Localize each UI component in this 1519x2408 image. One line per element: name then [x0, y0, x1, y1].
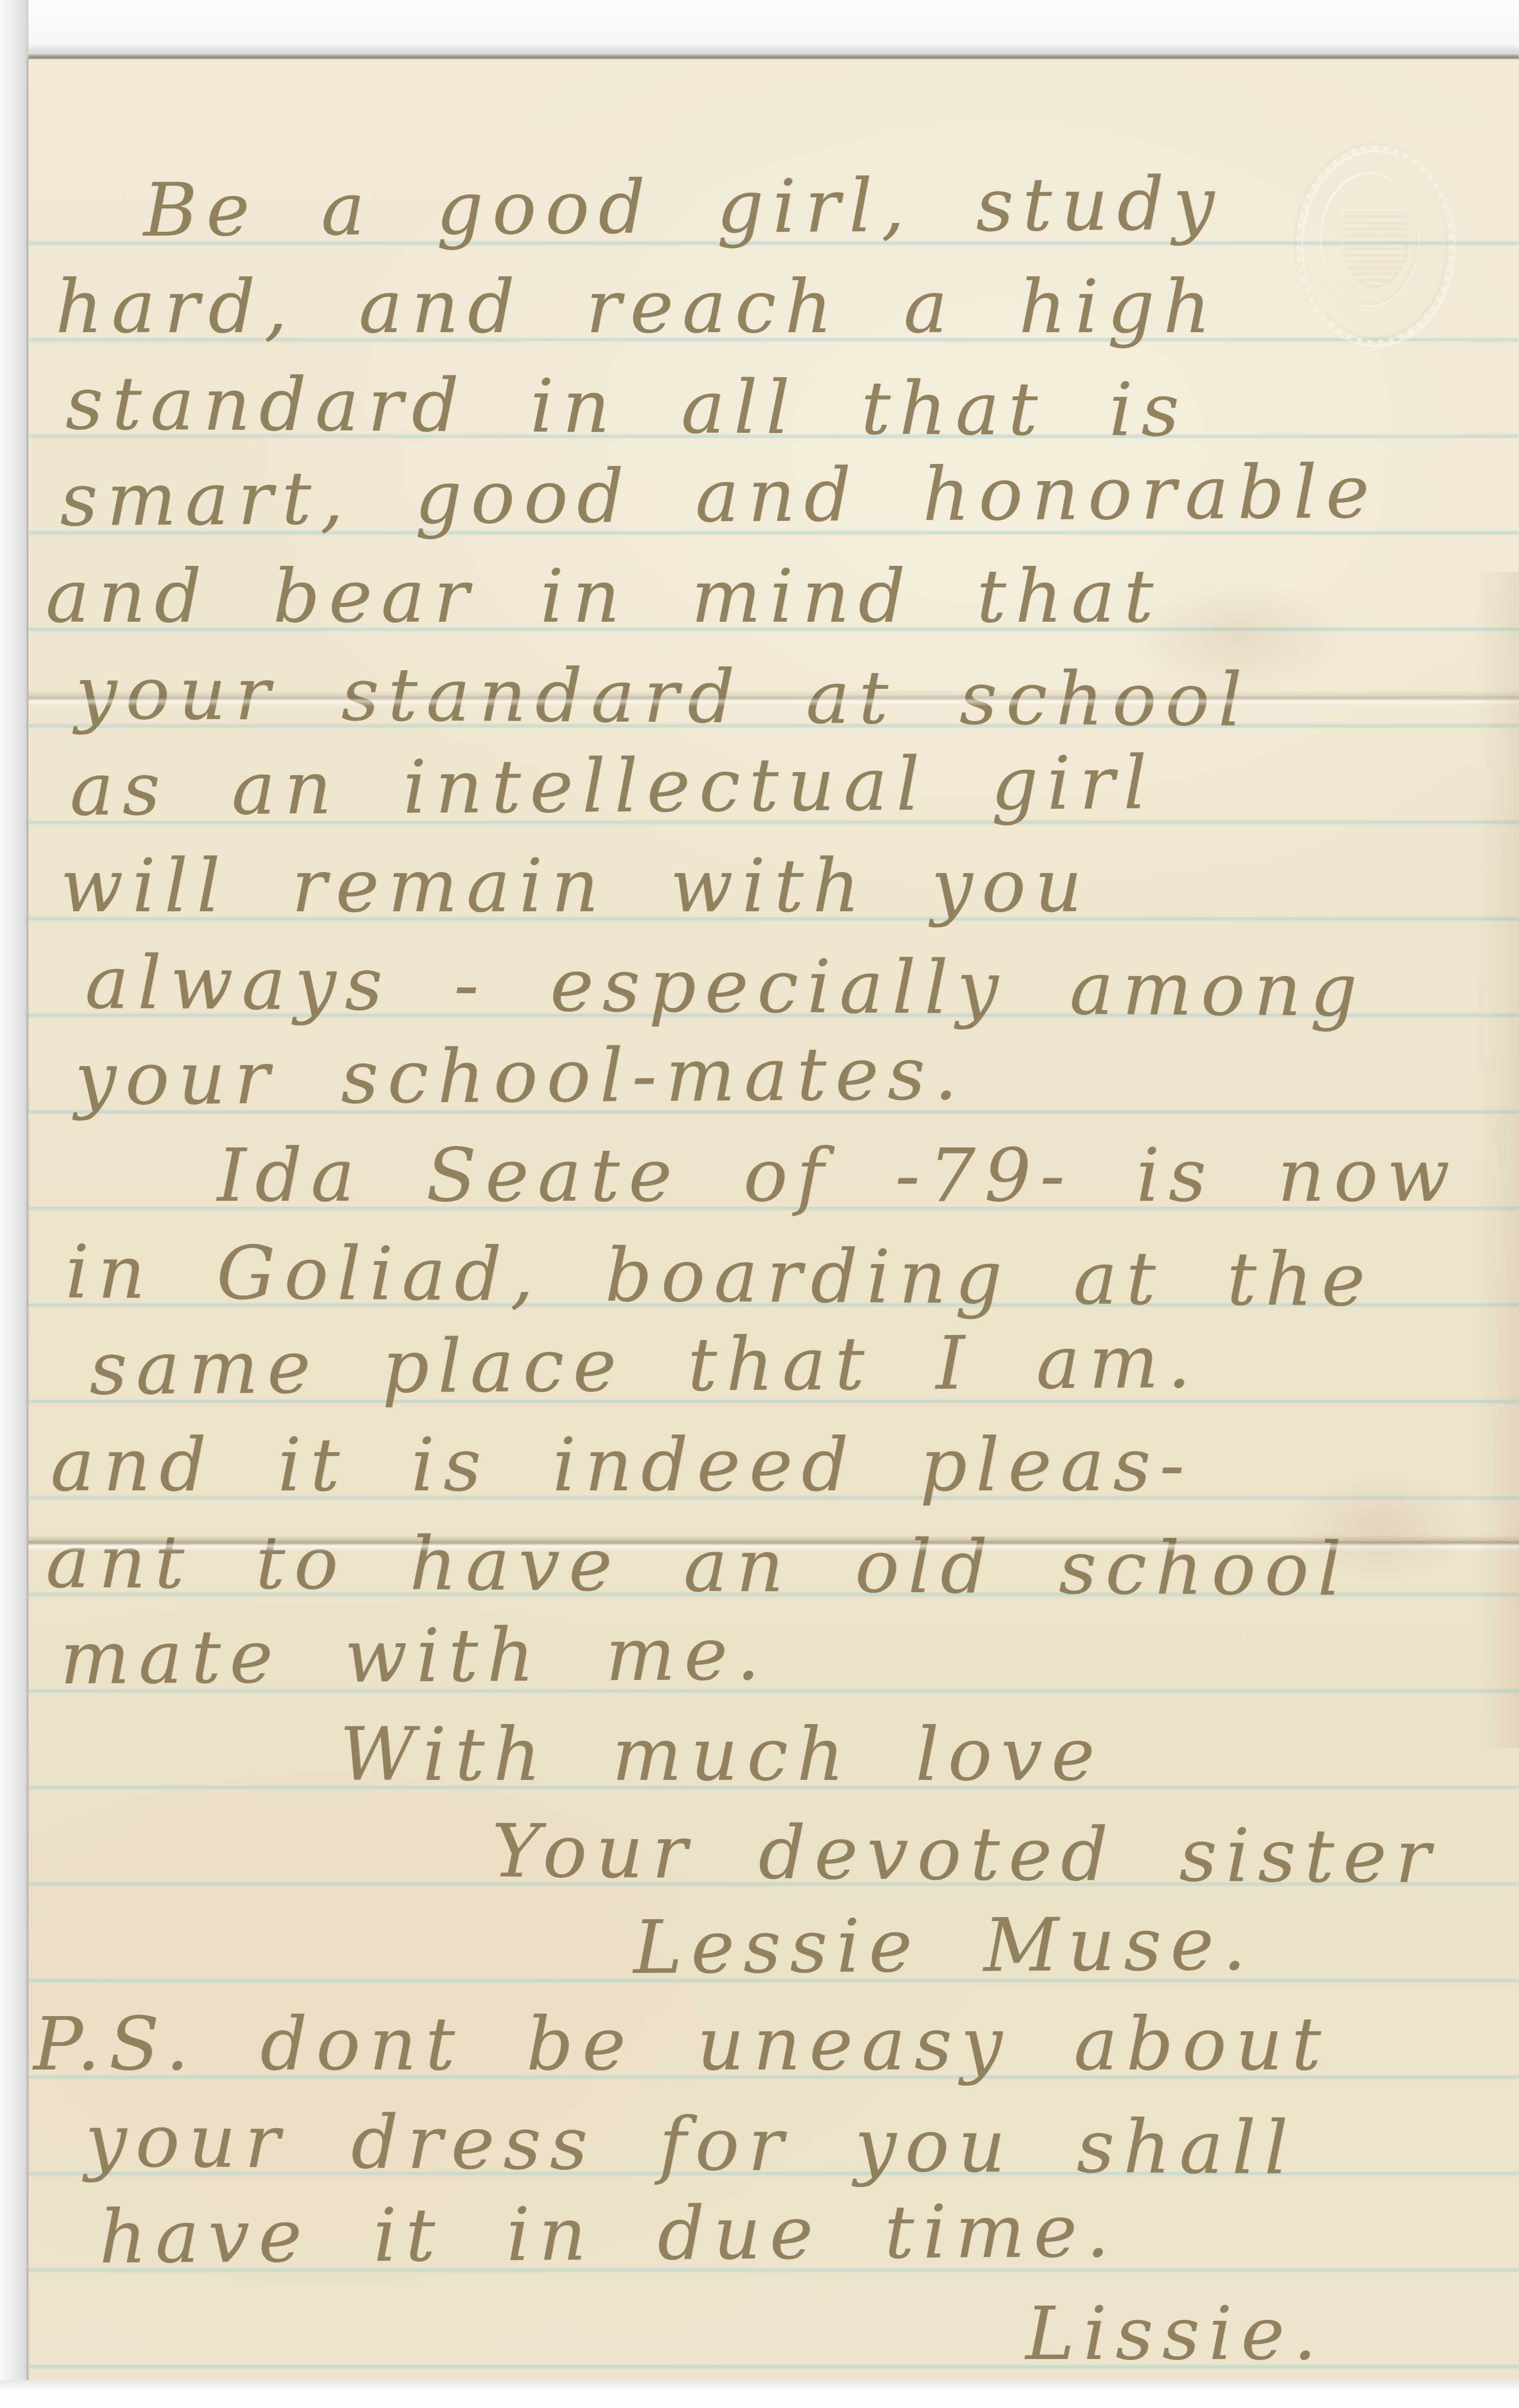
scanner-background-edge [0, 0, 28, 2408]
handwriting-line: and it is indeed pleas- [50, 1419, 1193, 1517]
letter-page: Be a good girl, studyhard, and reach a h… [28, 58, 1519, 2380]
handwriting-line: ant to have an old school [46, 1515, 1350, 1621]
paper-top-edge [28, 54, 1519, 59]
handwriting-line: your dress for you shall [85, 2094, 1297, 2200]
handwriting-line: Your devoted sister [491, 1805, 1440, 1909]
scanner-background-bottom [0, 2380, 1519, 2408]
handwriting-line: Ida Seate of -79- is now [217, 1129, 1458, 1227]
handwriting-line: standard in all that is [65, 357, 1188, 462]
handwriting-line: mate with me. [60, 1607, 769, 1710]
handwriting-line: With much love [340, 1708, 1103, 1806]
handwriting-line: P.S. dont be uneasy about [33, 1998, 1330, 2096]
handwriting-line: Lissie. [1026, 2287, 1325, 2385]
handwriting-line: Be a good girl, study [143, 158, 1224, 262]
handwriting-line: your school-mates. [74, 1027, 966, 1131]
scanned-letter-screenshot: { "document": { "kind": "handwritten let… [0, 0, 1519, 2408]
handwriting-line: Lessie Muse. [633, 1897, 1255, 1999]
crumple-shading [1253, 1454, 1508, 1601]
right-edge-crease-shade [1475, 572, 1519, 1748]
handwriting-line: smart, good and honorable [60, 446, 1378, 552]
handwriting-line: and bear in mind that [46, 550, 1162, 648]
handwriting-line: same place that I am. [89, 1315, 1200, 1420]
handwriting-line: hard, and reach a high [55, 261, 1219, 359]
crumple-shading [1082, 558, 1396, 719]
embossed-seal [1296, 145, 1454, 345]
handwriting-line: always - especially among [85, 936, 1366, 1042]
handwriting-line: as an intellectual girl [70, 736, 1156, 841]
handwriting-line: will remain with you [60, 840, 1091, 938]
paper-top-shadow [28, 45, 1519, 54]
handwriting-line: have it in due time. [99, 2185, 1119, 2289]
